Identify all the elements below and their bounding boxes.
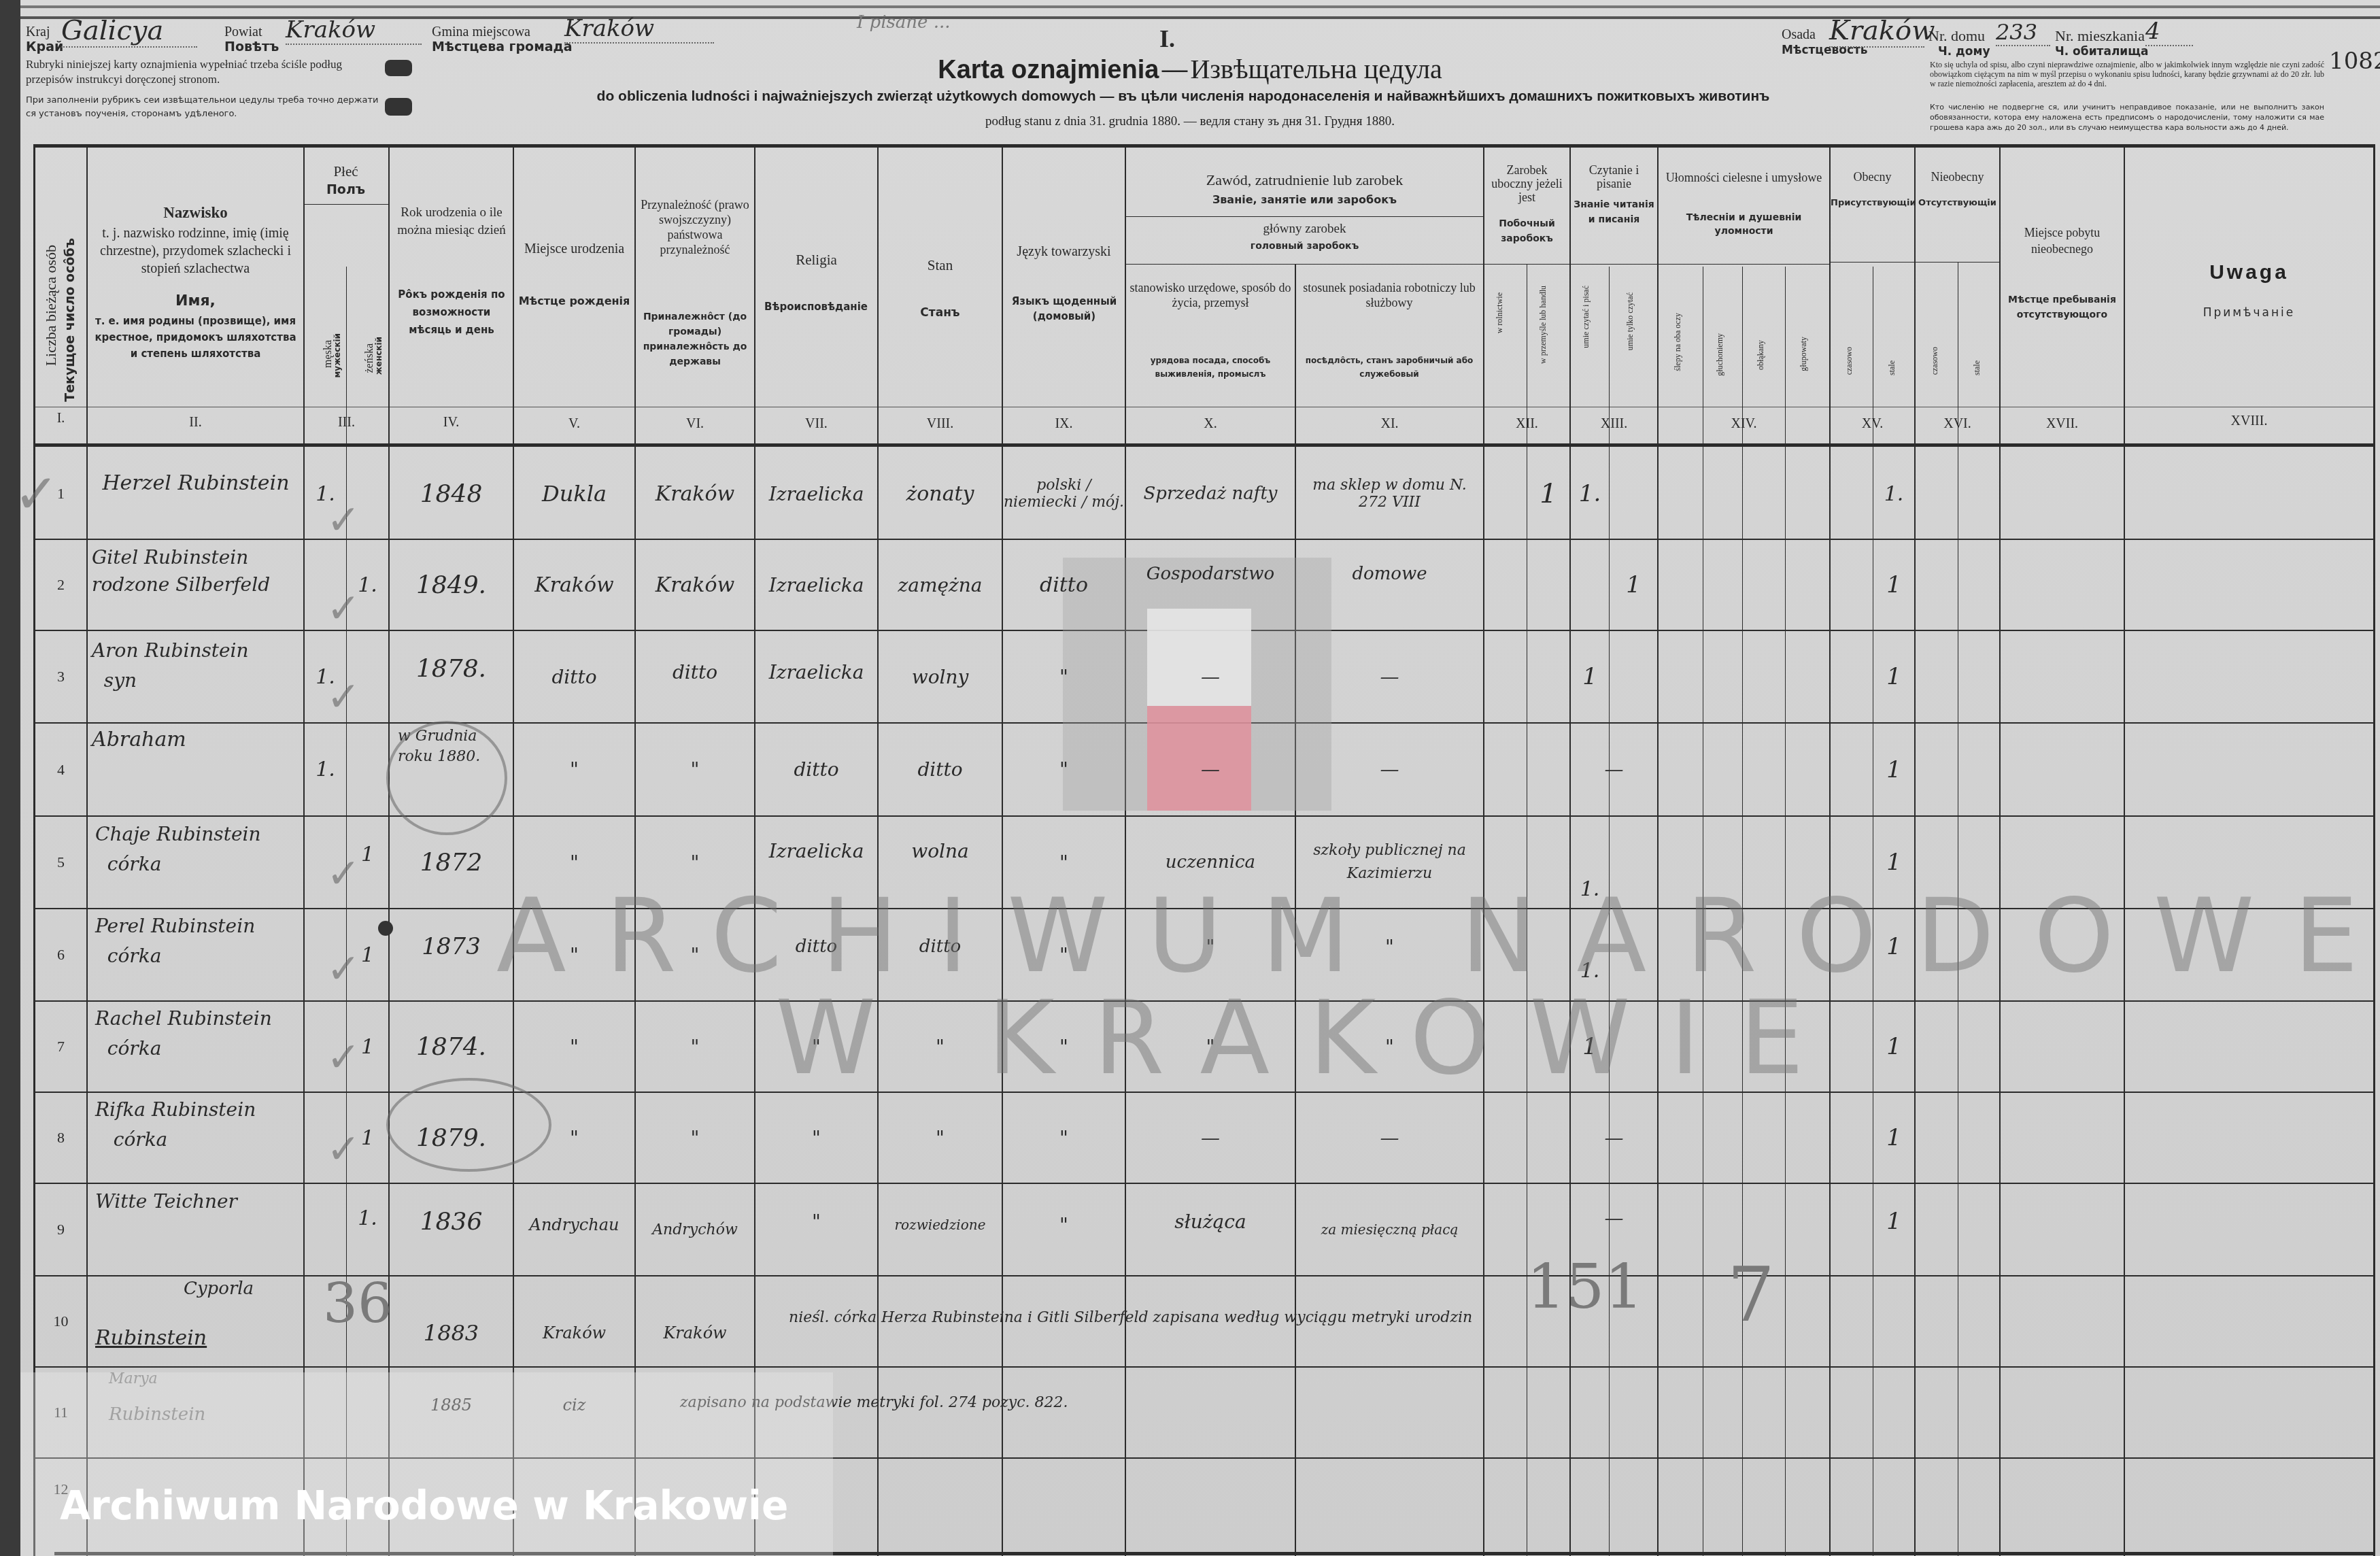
language: " (1003, 1184, 1125, 1266)
occupation: Gospodarstwo (1126, 540, 1295, 608)
instruction-pl: Rubryki niniejszej karty oznajmienia wyp… (26, 57, 379, 87)
language: polski / niemiecki / mój. (1003, 449, 1125, 539)
col-line (303, 144, 305, 1556)
gmina-label-ru: Мѣстцева громада (432, 39, 573, 54)
birthplace: Dukla (514, 449, 634, 539)
row-number: 3 (35, 631, 86, 722)
col-III-male-ru: мужескій (333, 333, 342, 378)
affiliation: " (636, 1093, 754, 1183)
checkmark-icon: ✓ (326, 945, 360, 993)
birth-year: 1848 (390, 449, 513, 539)
person-name: Perel Rubinstein córka (95, 911, 303, 971)
penalty-notice-pl: Kto się uchyla od spisu, albo czyni niep… (1930, 60, 2324, 88)
scan-edge (0, 0, 20, 1556)
col-VII-header: Religia (755, 252, 877, 269)
employment-relation: za miesięczną płacą (1296, 1184, 1483, 1275)
can-read-write: — (1571, 1184, 1657, 1252)
col-VII-header-ru: Вѣроисповѣданіе (762, 299, 870, 314)
can-read-write: 1 (1571, 631, 1609, 722)
side-income-trade: 1 (1527, 449, 1569, 539)
marital-status: wolny (879, 631, 1002, 722)
archive-footer-label: Archiwum Narodowe w Krakowie (60, 1483, 788, 1529)
can-read-write: 1. (1571, 449, 1609, 539)
col-num: X. (1126, 416, 1295, 432)
col-XI-header-ru: посѣдлôсть, станъ заробничый або служебо… (1297, 354, 1481, 381)
col-XII-header-ru: Побочный заробокъ (1484, 216, 1569, 246)
person-name: Witte Teichner (95, 1190, 303, 1213)
kraj-label: Kraj (26, 24, 50, 40)
birth-year: 1874. (390, 1002, 513, 1092)
employment-relation: domowe (1296, 540, 1483, 608)
religion: Izraelicka (755, 540, 877, 630)
pencil-circle-mark (386, 1078, 551, 1172)
checkmark-icon: ✓ (326, 850, 360, 898)
col-II-header: t. j. nazwisko rodzinne, imię (imię chrz… (90, 224, 301, 277)
col-XIV-header-ru: Тѣлесніи и душевніи уломности (1659, 211, 1829, 238)
col-X-XI-subgroup-ru: головный заробокъ (1126, 241, 1483, 252)
col-II-title-ru: Имя, (88, 292, 303, 309)
col-XII-sub-a: w rolnictwie (1495, 292, 1505, 333)
marital-status: żonaty (879, 449, 1002, 539)
col-V-header-ru: Мѣстце рожденія (514, 292, 634, 310)
employment-relation: — (1296, 1093, 1483, 1183)
present-permanent: 1 (1873, 1002, 1914, 1092)
col-IX-header-ru: Языкъ щоденный (домовый) (1006, 294, 1122, 324)
person-name: Gitel Rubinsteinrodzone Silberfeld (92, 544, 303, 598)
col-num: VIII. (879, 416, 1002, 432)
col-num: XVII. (2001, 416, 2124, 432)
col-XVII-header: Miejsce pobytu nieobecnego (2001, 224, 2124, 257)
birth-year: 1883 (390, 1299, 513, 1367)
header-bottom-border (33, 443, 2375, 447)
marital-status: rozwiedzione (879, 1184, 1002, 1266)
employment-relation: — (1296, 724, 1483, 815)
col-line (1657, 144, 1659, 1556)
gmina-value: Kraków (564, 15, 714, 44)
col-III-female-ru: женскій (374, 337, 384, 375)
row-number: 4 (35, 724, 86, 815)
col-XI-header: stosunek posiadania robotniczy lub służb… (1297, 280, 1481, 310)
penalty-notice-ru: Кто численію не подвергне ся, или учинит… (1930, 102, 2324, 133)
instruction-ru: При заполненіи рубрикъ сеи извѣщательнои… (26, 94, 379, 121)
archive-watermark-line1: ARCHIWUM NARODOWE (496, 877, 2380, 996)
employment-relation: — (1296, 631, 1483, 722)
col-XV-header-ru: Присутствующіи (1831, 197, 1914, 209)
archive-watermark-line2: W KRAKOWIE (775, 979, 1843, 1098)
col-III-header-ru: Полъ (303, 182, 388, 197)
row-number: 6 (35, 909, 86, 1000)
col-line (86, 144, 88, 1556)
col-XVIII-header: Uwaga (2125, 261, 2373, 284)
col-num: XVIII. (2125, 413, 2373, 429)
present-permanent: 1 (1873, 1093, 1914, 1183)
present-permanent: 1 (1873, 1184, 1914, 1259)
col-num: XII. (1484, 416, 1569, 432)
affiliation: Kraków (636, 1299, 754, 1367)
birth-year: 1878. (390, 631, 513, 706)
affiliation: " (636, 724, 754, 815)
col-XIV-sub-insane: obłąkany (1756, 340, 1766, 370)
col-line (2124, 144, 2125, 1556)
col-XV-sub-temporary: czasowo (1844, 347, 1854, 375)
form-number: I. (1159, 24, 1175, 53)
person-name: Abraham (92, 728, 303, 751)
affiliation: ditto (636, 631, 754, 713)
col-line (2373, 144, 2375, 1556)
col-II-header-ru: т. е. имя родины (прозвище), имя крестно… (90, 313, 301, 362)
pencil-note: I pisane ... (857, 12, 951, 33)
affiliation: Kraków (636, 540, 754, 630)
powiat-label-ru: Повѣтъ (224, 39, 279, 54)
table-top-border (33, 144, 2375, 148)
col-X-XI-group-header: Zawód, zatrudnienie lub zarobek (1126, 171, 1483, 189)
nr-mieszkania-value: 4 (2145, 18, 2193, 46)
col-num: I. (35, 411, 86, 426)
col-XV-header: Obecny (1831, 170, 1914, 184)
col-XVI-sub-temporary: czasowo (1930, 347, 1940, 375)
birth-year: 1873 (390, 909, 513, 984)
nr-domu-label-ru: Ч. дому (1938, 45, 1990, 58)
col-X-header-ru: урядова посада, способъ выживленія, пром… (1129, 354, 1292, 381)
col-XII-header: Zarobek uboczny jeżeli jest (1484, 163, 1569, 204)
col-num: II. (88, 415, 303, 430)
checkmark-icon: ✓ (326, 1126, 360, 1173)
present-permanent: 1. (1873, 449, 1914, 539)
col-XVI-header: Nieobecny (1916, 170, 1999, 184)
col-VI-header: Przynależność (prawo swojszczyzny) państ… (636, 197, 754, 257)
kraj-label-ru: Край (26, 39, 63, 54)
col-XII-sub-b: w przemyśle lub handlu (1538, 286, 1548, 364)
nr-mieszkania-label: Nr. mieszkania (2055, 27, 2145, 45)
header-sub-line (303, 204, 388, 205)
col-num: III. (305, 415, 388, 430)
col-XVI-header-ru: Отсутствующіи (1916, 197, 1999, 209)
col-XVIII-header-ru: Примѣчаніе (2125, 306, 2373, 320)
affiliation: Kraków (636, 449, 754, 539)
col-line (1829, 144, 1831, 1556)
can-read-write: — (1571, 1093, 1657, 1183)
marital-status: " (879, 1093, 1002, 1183)
col-I-header: Liczba bieżąca osób (42, 245, 60, 366)
checkmark-icon: ✓ (326, 496, 360, 544)
checkmark-icon: ✓ (326, 585, 360, 632)
archive-page-number: 1082 (2329, 48, 2380, 75)
col-line (1999, 144, 2001, 1556)
birth-year: 1849. (390, 540, 513, 630)
col-VI-header-ru: Приналежнôст (до громады) приналежнôсть … (636, 309, 754, 369)
col-line (1483, 144, 1484, 1556)
col-num: VII. (755, 416, 877, 432)
fold-line (20, 5, 2380, 8)
col-XIII-sub-a: umie czytać i pisać (1581, 286, 1591, 348)
col-num: XV. (1831, 416, 1914, 432)
col-IV-header: Rok urodzenia o ile można miesiąc dzień (390, 204, 513, 239)
numeral-row-border (33, 407, 2375, 407)
row-number: 10 (35, 1276, 86, 1366)
col-XIV-header: Ułomności cielesne i umysłowe (1659, 170, 1829, 185)
marital-status: zamężna (879, 540, 1002, 630)
title-ru: Извѣщательна цедула (1190, 54, 1442, 84)
can-read-only: 1 (1610, 540, 1657, 630)
present-permanent: 1 (1873, 631, 1914, 722)
col-num: IV. (390, 415, 513, 430)
pencil-circle-mark (386, 721, 507, 835)
affiliation: Andrychów (636, 1184, 754, 1275)
nr-domu-value: 233 (1996, 19, 2050, 46)
language: " (1003, 1093, 1125, 1183)
row-line (33, 1366, 2375, 1368)
date-line: podług stanu z dnia 31. grudnia 1880. — … (748, 114, 1632, 129)
col-num: XIV. (1659, 416, 1829, 432)
osada-label: Osada (1782, 27, 1816, 43)
row-number: 7 (35, 1002, 86, 1092)
can-read-write: — (1571, 724, 1657, 815)
col-XVI-sub-permanent: stale (1972, 360, 1982, 375)
col-num: XI. (1296, 416, 1483, 432)
person-name: Aron Rubinstein syn (92, 636, 303, 696)
occupation: — (1126, 724, 1295, 815)
col-num: XIII. (1571, 416, 1657, 432)
person-surname: Rubinstein (95, 1326, 207, 1350)
employment-relation: ma sklep w domu N. 272 VIII (1296, 449, 1483, 539)
person-first-name: Cyporla (184, 1279, 254, 1299)
occupation: Sprzedaż nafty (1126, 449, 1295, 539)
col-IV-header-ru: Рôкъ рожденія по возможности мѣсяць и де… (390, 286, 513, 339)
religion: Izraelicka (755, 817, 877, 885)
gmina-label: Gmina miejscowa (432, 24, 530, 40)
col-II-title: Nazwisko (88, 204, 303, 222)
religion: Izraelicka (755, 449, 877, 539)
religion: Izraelicka (755, 631, 877, 713)
page-title: Karta oznajmienia — Извѣщательна цедула (680, 53, 1700, 85)
col-X-header: stanowisko urzędowe, sposób do życia, pr… (1129, 280, 1292, 310)
col-VIII-header: Stan (879, 257, 1002, 274)
language: " (1003, 724, 1125, 815)
col-num: IX. (1003, 416, 1125, 432)
pencil-annotation: 7 (1727, 1251, 1775, 1338)
birth-year: 1836 (390, 1184, 513, 1259)
birthplace: Kraków (514, 1299, 634, 1367)
header-sub-line (1125, 264, 1483, 265)
person-name: Herzel Rubinstein (90, 449, 302, 517)
occupation: — (1126, 1093, 1295, 1183)
present-permanent: 1 (1873, 724, 1914, 815)
marital-status: ditto (879, 724, 1002, 815)
col-XVII-header-ru: Мѣстце пребыванія отсутствующого (2003, 292, 2122, 322)
row-note: nieśl. córka Herza Rubinsteina i Gitli S… (789, 1309, 2081, 1326)
kraj-value: Galicya (61, 15, 197, 48)
col-num: XVI. (1916, 416, 1999, 432)
col-line (1914, 144, 1916, 1556)
col-XV-sub-permanent: stale (1887, 360, 1897, 375)
col-XIII-sub-b: umie tylko czytać (1625, 292, 1635, 350)
title-pl: Karta oznajmienia (938, 56, 1159, 84)
header-sub-line (1829, 262, 1999, 263)
col-V-header: Miejsce urodzenia (514, 239, 634, 258)
language: ditto (1003, 540, 1125, 630)
col-X-XI-group-header-ru: Званіе, занятіе или заробокъ (1126, 193, 1483, 206)
pencil-annotation: 36 (323, 1272, 392, 1335)
col-num: VI. (636, 416, 754, 432)
col-num: V. (514, 416, 634, 432)
row-number: 9 (35, 1184, 86, 1275)
subtitle: do obliczenia ludności i najważniejszych… (435, 88, 1931, 105)
row-number: 8 (35, 1093, 86, 1183)
religion: " (755, 1093, 877, 1183)
col-X-XI-subgroup: główny zarobek (1126, 222, 1483, 237)
col-III-header: Płeć (303, 163, 388, 180)
powiat-label: Powiat (224, 24, 262, 40)
powiat-value: Kraków (286, 16, 422, 45)
occupation: służąca (1126, 1184, 1295, 1259)
checkmark-icon: ✓ (14, 462, 59, 526)
col-XIV-sub-deaf: głuchoniemy (1715, 333, 1725, 376)
birthplace: Kraków (514, 540, 634, 630)
present-permanent: 1 (1873, 540, 1914, 630)
marital-status: wolna (879, 817, 1002, 885)
hand-pointer-icon (385, 98, 412, 116)
religion: ditto (755, 724, 877, 815)
row-number: 2 (35, 540, 86, 630)
nr-domu-label: Nr. domu (1928, 27, 1985, 45)
row-number: 5 (35, 817, 86, 908)
nr-mieszkania-label-ru: Ч. обиталища (2055, 45, 2149, 58)
osada-value: Kraków (1829, 15, 1924, 48)
birthplace: " (514, 724, 634, 815)
occupation: — (1126, 631, 1295, 722)
col-XIII-header: Czytanie i pisanie (1571, 163, 1657, 190)
checkmark-icon: ✓ (326, 673, 360, 721)
pencil-annotation: 151 (1527, 1251, 1644, 1323)
col-XIII-header-ru: Знаніе читанія и писанія (1571, 197, 1657, 227)
col-IX-header: Język towarzyski (1003, 243, 1125, 260)
person-name: Chaje Rubinstein córka (95, 819, 303, 879)
checkmark-icon: ✓ (326, 1034, 360, 1081)
hand-pointer-icon (385, 60, 412, 76)
language: " (1003, 631, 1125, 722)
col-I-header-ru: Текущое число осôбъ (63, 238, 78, 402)
col-XIV-sub-idiot: głupowaty (1799, 337, 1809, 371)
person-name: Rachel Rubinstein córka (95, 1004, 303, 1064)
sex-male: 1. (305, 724, 346, 815)
sex-female: 1. (347, 1184, 388, 1252)
birthplace: ditto (514, 631, 634, 722)
person-name: Rifka Rubinstein córka (95, 1095, 303, 1155)
religion: " (755, 1184, 877, 1259)
header-sub-line (1483, 264, 1829, 265)
col-VIII-header-ru: Станъ (879, 306, 1002, 320)
title-dash: — (1161, 56, 1187, 84)
birthplace: Andrychau (514, 1184, 634, 1266)
birthplace: " (514, 1002, 634, 1092)
header-sub-line (1125, 216, 1483, 217)
affiliation: " (636, 1002, 754, 1092)
col-XIV-sub-blind: ślepy na oba oczy (1673, 313, 1683, 371)
